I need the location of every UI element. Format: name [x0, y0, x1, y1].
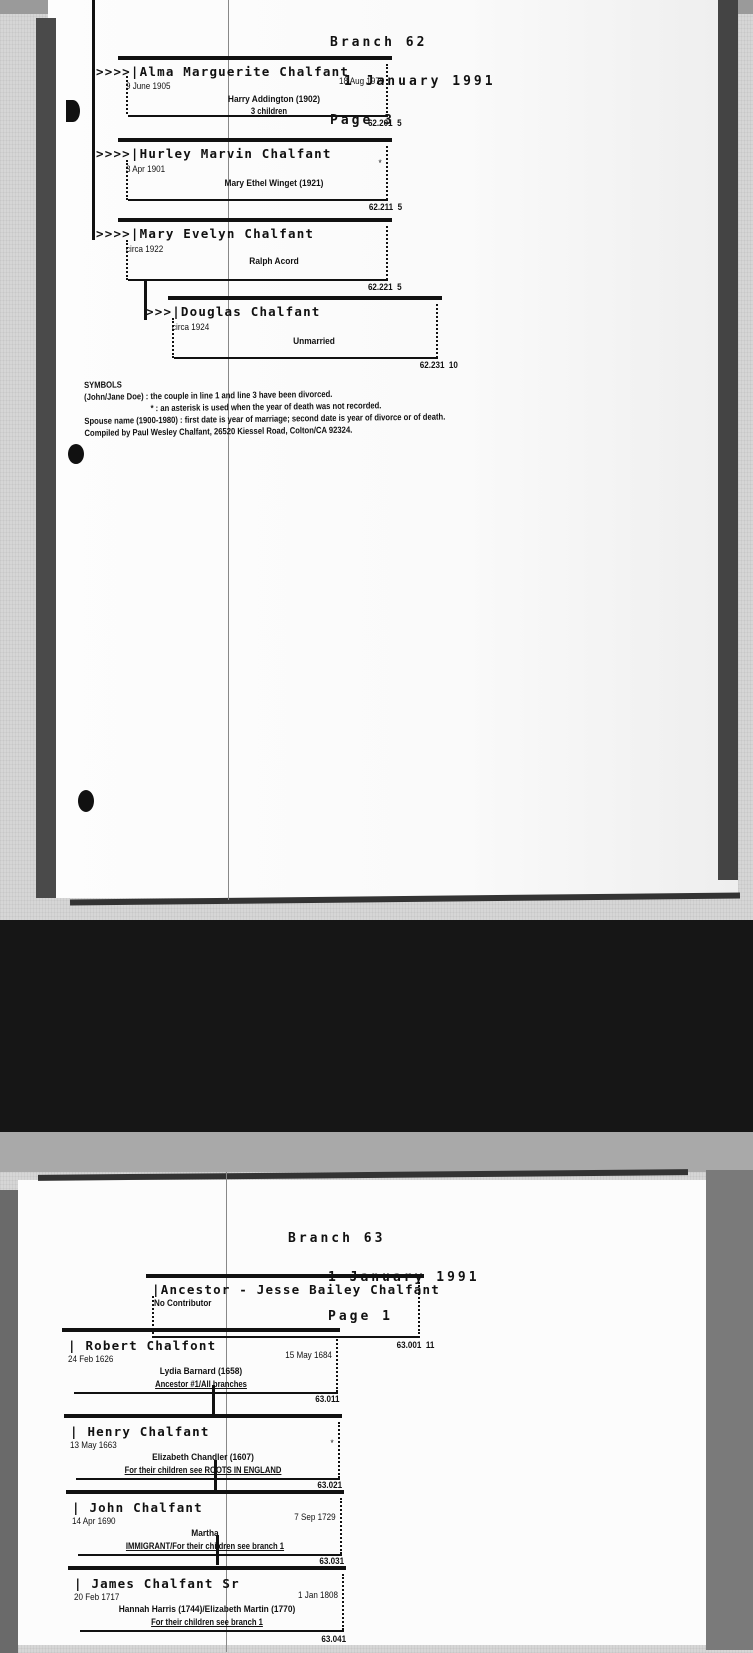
page-edge-shadow [718, 0, 738, 880]
person-name: >>>>|Hurley Marvin Chalfant [96, 146, 332, 161]
spouse: Ralph Acord [170, 256, 378, 267]
spouse: Harry Addington (1902) [170, 94, 378, 105]
branch-title: Branch 62 [330, 36, 496, 49]
spouse: Elizabeth Chandler (1607) [81, 1452, 326, 1463]
family-card: | Henry Chalfant 13 May 1663 * Elizabeth… [64, 1414, 342, 1494]
birth-date: circa 1924 [172, 322, 209, 333]
person-name: | Robert Chalfont [68, 1338, 216, 1353]
spouse: Unmarried [201, 336, 426, 347]
family-card: >>>>|Mary Evelyn Chalfant circa 1922 Ral… [96, 218, 392, 288]
reference-number: 62.201 5 [368, 118, 402, 129]
reference-number: 62.211 5 [369, 202, 402, 213]
ancestor-label: |Ancestor - Jesse Bailey Chalfant [152, 1282, 440, 1297]
spouse: Hannah Harris (1744)/Elizabeth Martin (1… [85, 1604, 330, 1615]
punch-hole [78, 790, 94, 812]
birth-date: 9 June 1905 [126, 81, 170, 92]
spouse: Lydia Barnard (1658) [79, 1366, 324, 1377]
scanner-dark-gap [0, 920, 753, 1132]
birth-date: circa 1922 [126, 244, 163, 255]
family-card: >>>>|Alma Marguerite Chalfant 9 June 190… [96, 56, 392, 126]
death-date: 15 May 1684 [285, 1350, 332, 1361]
person-name: | James Chalfant Sr [74, 1576, 240, 1591]
page-edge-shadow [706, 1170, 753, 1650]
note: Ancestor #1/All branches [83, 1379, 319, 1389]
family-card: | James Chalfant Sr 20 Feb 1717 1 Jan 18… [68, 1566, 346, 1646]
family-card: >>>|Douglas Chalfant circa 1924 Unmarrie… [146, 296, 442, 366]
death-date: * [331, 1438, 334, 1449]
reference-number: 62.221 5 [368, 282, 402, 293]
family-card: | John Chalfant 14 Apr 1690 7 Sep 1729 M… [66, 1490, 344, 1570]
page-edge-shadow [36, 18, 56, 898]
person-name: >>>>|Mary Evelyn Chalfant [96, 226, 314, 241]
fold-line [228, 0, 229, 900]
scanner-grey-band [0, 1132, 753, 1172]
family-card: | Robert Chalfont 24 Feb 1626 15 May 168… [62, 1328, 340, 1408]
note: IMMIGRANT/For their children see branch … [87, 1541, 323, 1551]
punch-hole [68, 444, 84, 464]
death-date: 7 Sep 1729 [295, 1512, 336, 1523]
family-card: >>>>|Hurley Marvin Chalfant 3 Apr 1901 *… [96, 138, 392, 208]
birth-date: 24 Feb 1626 [68, 1354, 113, 1365]
death-date: 18 Aug 1979 [339, 76, 384, 87]
reference-number: 63.011 [316, 1394, 340, 1405]
note: For their children see ROOTS IN ENGLAND [85, 1465, 321, 1475]
contributor: No Contributor [154, 1298, 211, 1309]
birth-date: 14 Apr 1690 [72, 1516, 116, 1527]
reference-number: 63.001 11 [396, 1340, 434, 1351]
tree-connector [92, 0, 95, 240]
person-name: >>>>|Alma Marguerite Chalfant [96, 64, 349, 79]
symbols-legend: SYMBOLS (John/Jane Doe) : the couple in … [84, 376, 445, 440]
death-date: 1 Jan 1808 [298, 1590, 338, 1601]
birth-date: 20 Feb 1717 [74, 1592, 119, 1603]
spouse: Mary Ethel Winget (1921) [170, 178, 378, 189]
person-name: | John Chalfant [72, 1500, 203, 1515]
person-name: >>>|Douglas Chalfant [146, 304, 321, 319]
punch-hole [66, 100, 80, 122]
birth-date: 3 Apr 1901 [126, 164, 165, 175]
person-name: | Henry Chalfant [70, 1424, 210, 1439]
spouse: Martha [83, 1528, 328, 1539]
note: For their children see branch 1 [89, 1617, 325, 1627]
reference-number: 63.041 [321, 1634, 346, 1645]
reference-number: 62.231 10 [420, 360, 458, 371]
death-date: * [379, 158, 382, 169]
page-edge-shadow [0, 1190, 18, 1653]
branch-title: Branch 63 [288, 1232, 480, 1245]
birth-date: 13 May 1663 [70, 1440, 117, 1451]
